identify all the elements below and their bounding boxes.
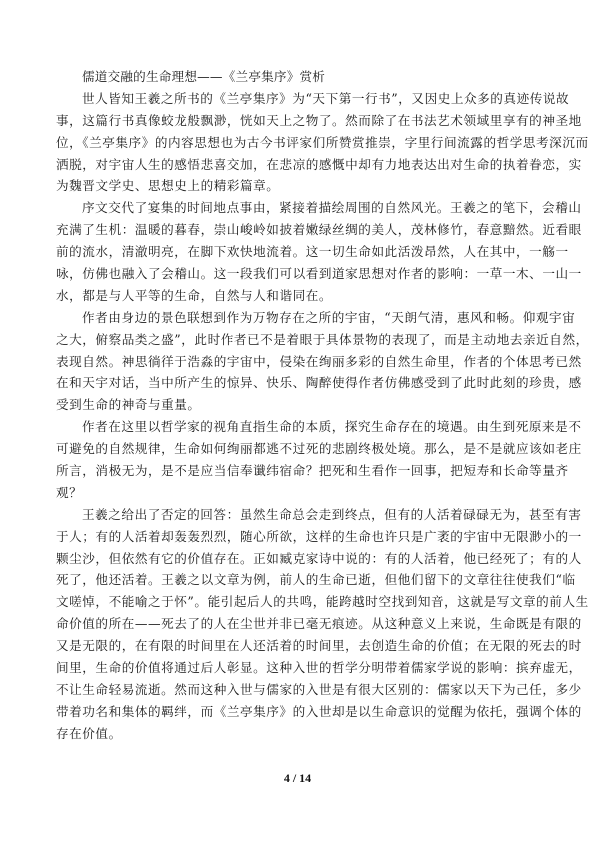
paragraph-line: 又是无限的，在有限的时间里在人还活着的时间里，去创造生命的价值；在无限的死去的时 — [56, 635, 540, 657]
paragraph-line: 死了，他还活着。王羲之以文章为例，前人的生命已逝，但他们留下的文章往往使我们“临 — [56, 569, 540, 591]
document-body: 儒道交融的生命理想——《兰亭集序》赏析 世人皆知王羲之所书的《兰亭集序》为“天下… — [56, 66, 540, 745]
paragraph-1: 世人皆知王羲之所书的《兰亭集序》为“天下第一行书”，又因史上众多的真迹传说故 事… — [56, 88, 540, 197]
document-page: 儒道交融的生命理想——《兰亭集序》赏析 世人皆知王羲之所书的《兰亭集序》为“天下… — [0, 0, 595, 841]
document-title: 儒道交融的生命理想——《兰亭集序》赏析 — [56, 66, 540, 88]
paragraph-line: 事，这篇行书真像蛟龙般飘渺，恍如天上之物了。然而除了在书法艺术领域里享有的神圣地 — [56, 110, 540, 132]
paragraph-line: 带着功名和集体的羁绊，而《兰亭集序》的入世却是以生命意识的觉醒为依托，强调个体的 — [56, 701, 540, 723]
paragraph-5: 王羲之给出了否定的回答：虽然生命总会走到终点，但有的人活着碌碌无为，甚至有害 于… — [56, 504, 540, 745]
paragraph-line: 之大，俯察品类之盛”，此时作者已不是着眼于具体景物的表现了，而是主动地去亲近自然… — [56, 329, 540, 351]
paragraph-line: 颗尘沙，但依然有它的价值存在。正如臧克家诗中说的：有的人活着，他已经死了；有的人 — [56, 548, 540, 570]
paragraph-line: 咏，仿佛也融入了会稽山。这一段我们可以看到道家思想对作者的影响：一草一木、一山一 — [56, 263, 540, 285]
paragraph-line: 文嗟悼，不能喻之于怀”。能引起后人的共鸣，能跨越时空找到知音，这就是写文章的前人… — [56, 591, 540, 613]
paragraph-line: 存在价值。 — [56, 723, 540, 745]
paragraph-3: 作者由身边的景色联想到作为万物存在之所的宇宙，“天朗气清，惠风和畅。仰观宇宙 之… — [56, 307, 540, 416]
paragraph-line: 位，《兰亭集序》的内容思想也为古今书评家们所赞赏推崇，字里行间流露的哲学思考深沉… — [56, 132, 540, 154]
paragraph-line: 命价值的所在——死去了的人在尘世并非已毫无痕迹。从这种意义上来说，生命既是有限的 — [56, 613, 540, 635]
paragraph-line: 洒脱，对宇宙人生的感悟悲喜交加，在悲凉的感慨中却有力地表达出对生命的执着眷恋，实 — [56, 154, 540, 176]
page-number: 4 / 14 — [0, 771, 595, 786]
paragraph-line: 充满了生机：温暖的暮春，崇山峻岭如披着嫩绿丝绸的美人，茂林修竹，春意黯然。近看眼 — [56, 219, 540, 241]
paragraph-line: 作者由身边的景色联想到作为万物存在之所的宇宙，“天朗气清，惠风和畅。仰观宇宙 — [56, 307, 540, 329]
paragraph-line: 在和天宇对话，当中所产生的惊异、快乐、陶醉使得作者仿佛感受到了此时此刻的珍贵，感 — [56, 372, 540, 394]
paragraph-line: 作者在这里以哲学家的视角直指生命的本质，探究生命存在的境遇。由生到死原来是不 — [56, 416, 540, 438]
paragraph-line: 序文交代了宴集的时间地点事由，紧接着描绘周围的自然风光。王羲之的笔下，会稽山 — [56, 197, 540, 219]
paragraph-line: 间里，生命的价值将通过后人彰显。这种入世的哲学分明带着儒家学说的影响：摈弃虚无， — [56, 657, 540, 679]
paragraph-line: 观？ — [56, 482, 540, 504]
paragraph-line: 受到生命的神奇与重量。 — [56, 394, 540, 416]
paragraph-line: 于人；有的人活着却轰轰烈烈，随心所欲，这样的生命也许只是广袤的宇宙中无限渺小的一 — [56, 526, 540, 548]
paragraph-line: 为魏晋文学史、思想史上的精彩篇章。 — [56, 175, 540, 197]
paragraph-line: 前的流水，清澈明亮，在脚下欢快地流着。这一切生命如此活泼昂然，人在其中，一觞一 — [56, 241, 540, 263]
paragraph-line: 水，都是与人平等的生命，自然与人和谐同在。 — [56, 285, 540, 307]
paragraph-line: 表现自然。神思徜徉于浩淼的宇宙中，侵染在绚丽多彩的自然生命里，作者的个体思考已然 — [56, 351, 540, 373]
paragraph-line: 所言，消极无为，是不是应当信奉谶纬宿命？把死和生看作一回事，把短寿和长命等量齐 — [56, 460, 540, 482]
paragraph-4: 作者在这里以哲学家的视角直指生命的本质，探究生命存在的境遇。由生到死原来是不 可… — [56, 416, 540, 504]
paragraph-line: 王羲之给出了否定的回答：虽然生命总会走到终点，但有的人活着碌碌无为，甚至有害 — [56, 504, 540, 526]
paragraph-line: 不让生命轻易流逝。然而这种入世与儒家的入世是有很大区别的：儒家以天下为己任，多少 — [56, 679, 540, 701]
paragraph-line: 世人皆知王羲之所书的《兰亭集序》为“天下第一行书”，又因史上众多的真迹传说故 — [56, 88, 540, 110]
paragraph-2: 序文交代了宴集的时间地点事由，紧接着描绘周围的自然风光。王羲之的笔下，会稽山 充… — [56, 197, 540, 306]
paragraph-line: 可避免的自然规律，生命如何绚丽都逃不过死的悲剧终极处境。那么，是不是就应该如老庄 — [56, 438, 540, 460]
